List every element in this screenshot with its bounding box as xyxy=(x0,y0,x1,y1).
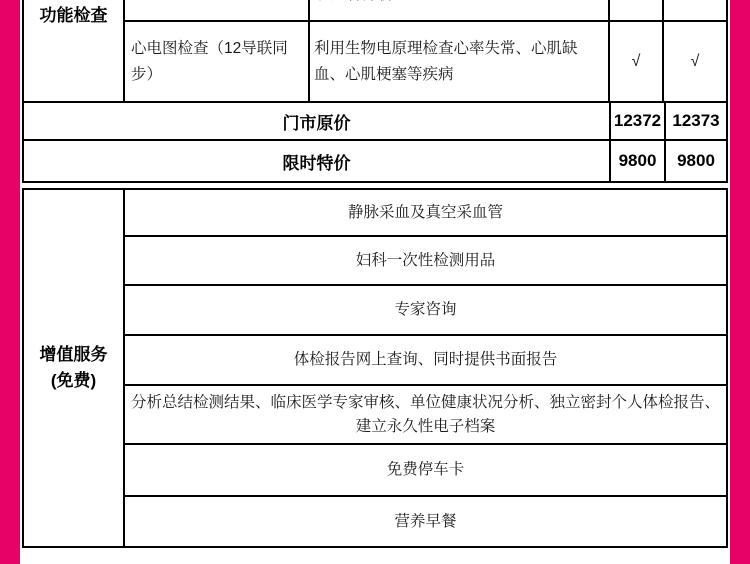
service-row: 专家咨询 xyxy=(125,286,726,336)
original-price-value-2: 12373 xyxy=(664,103,726,139)
exam-desc: 利用生物电原理检查心率失常、心肌缺血、心肌梗塞等疾病 xyxy=(310,36,608,88)
clipped-empty-cell xyxy=(125,0,308,22)
check-column-1: √ xyxy=(610,0,664,101)
clipped-desc-cell: 况进行分析 xyxy=(310,0,608,22)
exam-name: 心电图检查（12导联同步） xyxy=(125,36,308,88)
exam-name-column: 心电图检查（12导联同步） xyxy=(125,0,310,101)
section-cell-value-added: 增值服务 (免费) xyxy=(24,190,125,546)
check-mark: √ xyxy=(664,53,726,71)
exam-name-cell: 心电图检查（12导联同步） xyxy=(125,22,308,101)
right-pink-margin xyxy=(730,0,750,564)
exam-desc-cell: 利用生物电原理检查心率失常、心肌缺血、心肌梗塞等疾病 xyxy=(310,22,608,101)
exam-desc-column: 况进行分析 利用生物电原理检查心率失常、心肌缺血、心肌梗塞等疾病 xyxy=(310,0,610,101)
check-mark: √ xyxy=(610,53,662,71)
service-row: 营养早餐 xyxy=(125,497,726,546)
clipped-check-cell-2 xyxy=(664,0,726,22)
section-cell-function-exam: 功能检查 xyxy=(24,0,125,101)
special-price-row: 限时特价 9800 9800 xyxy=(24,141,726,181)
checkup-package-page: 功能检查 心电图检查（12导联同步） 况进行分析 利用生物电原理检查心率失常、心… xyxy=(0,0,750,564)
service-row: 体检报告网上查询、同时提供书面报告 xyxy=(125,336,726,386)
clipped-check-cell-1 xyxy=(610,0,662,22)
service-rows: 静脉采血及真空采血管 妇科一次性检测用品 专家咨询 体检报告网上查询、同时提供书… xyxy=(125,190,726,546)
check-column-2: √ xyxy=(664,0,726,101)
clipped-desc-text: 况进行分析 xyxy=(310,0,608,5)
section-label: 功能检查 xyxy=(40,0,108,26)
left-pink-margin xyxy=(0,0,20,564)
service-row: 免费停车卡 xyxy=(125,445,726,497)
value-added-services-table: 增值服务 (免费) 静脉采血及真空采血管 妇科一次性检测用品 专家咨询 体检报告… xyxy=(22,188,728,548)
value-added-label-line2: (免费) xyxy=(51,368,96,394)
service-row: 静脉采血及真空采血管 xyxy=(125,190,726,237)
special-price-value-2: 9800 xyxy=(664,141,726,181)
value-added-label-line1: 增值服务 xyxy=(40,342,108,368)
exam-price-table: 功能检查 心电图检查（12导联同步） 况进行分析 利用生物电原理检查心率失常、心… xyxy=(22,0,728,183)
service-row: 妇科一次性检测用品 xyxy=(125,237,726,286)
original-price-label: 门市原价 xyxy=(24,103,609,139)
special-price-value-1: 9800 xyxy=(609,141,664,181)
special-price-label: 限时特价 xyxy=(24,141,609,181)
original-price-row: 门市原价 12372 12373 xyxy=(24,103,726,141)
check-cell-1: √ xyxy=(610,22,662,101)
exam-rows: 功能检查 心电图检查（12导联同步） 况进行分析 利用生物电原理检查心率失常、心… xyxy=(24,0,726,103)
service-row: 分析总结检测结果、临床医学专家审核、单位健康状况分析、独立密封个人体检报告、建立… xyxy=(125,386,726,445)
original-price-value-1: 12372 xyxy=(609,103,664,139)
check-cell-2: √ xyxy=(664,22,726,101)
